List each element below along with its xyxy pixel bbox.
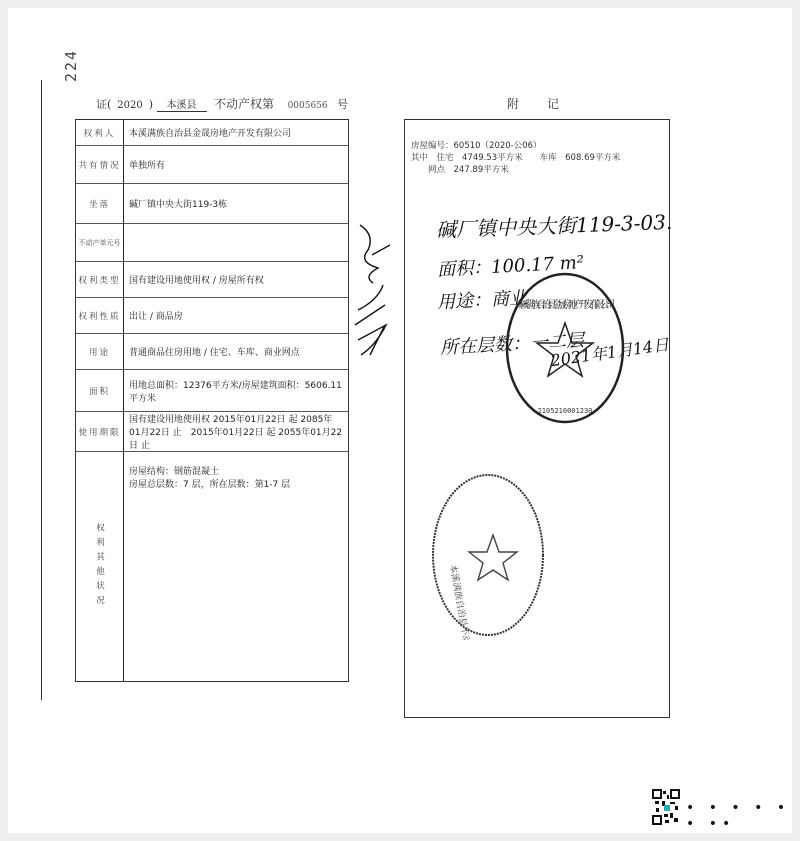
seal-text: 本溪满族自治县金晟房地产开发有限公司: [515, 298, 615, 311]
binding-margin-line: [41, 80, 42, 700]
qr-code-icon: [652, 789, 680, 825]
annex-line: 其中 住宅 4749.53平方米 车库 608.69平方米: [411, 152, 620, 164]
row-other-status: 权利其他状况 房屋结构：钢筋混凝土 房屋总层数：7 层，所在层数：第1-7 层: [76, 452, 349, 682]
row-value: 房屋结构：钢筋混凝土 房屋总层数：7 层，所在层数：第1-7 层: [124, 452, 349, 682]
row-label: 权利性质: [76, 298, 124, 334]
company-seal: 本溪满族自治县金晟房地产开发有限公司 2105210001230: [500, 268, 630, 428]
row-label: 用途: [76, 334, 124, 370]
row-label: 权利人: [76, 120, 124, 146]
row-value: 出让 / 商品房: [124, 298, 349, 334]
cert-county: 本溪县: [157, 96, 207, 112]
page-number: 224: [62, 49, 80, 82]
row-value: 国有建设用地使用权 2015年01月22日 起 2085年01月22日 止 20…: [124, 412, 349, 452]
row-usage: 用途 普通商品住房用地 / 住宅、车库、商业网点: [76, 334, 349, 370]
annex-line: 房屋编号：60510（2020-公06）: [411, 140, 620, 152]
row-term: 使用期限 国有建设用地使用权 2015年01月22日 起 2085年01月22日…: [76, 412, 349, 452]
cert-year: 2020: [117, 100, 142, 111]
registration-seal: 本溪满族自治县不动产登记局: [428, 470, 548, 640]
row-right-type: 权利类型 国有建设用地使用权 / 房屋所有权: [76, 262, 349, 298]
row-value: 普通商品住房用地 / 住宅、车库、商业网点: [124, 334, 349, 370]
annex-line: 网点 247.89平方米: [411, 164, 620, 176]
row-value: 本溪满族自治县金晟房地产开发有限公司: [124, 120, 349, 146]
row-label: 使用期限: [76, 412, 124, 452]
row-area: 面积 用地总面积：12376平方米/房屋建筑面积：5606.11平方米: [76, 370, 349, 412]
row-value: 国有建设用地使用权 / 房屋所有权: [124, 262, 349, 298]
annex-printed-notes: 房屋编号：60510（2020-公06） 其中 住宅 4749.53平方米 车库…: [411, 140, 620, 176]
certificate-header: 证(2020) 本溪县 不动产权第 0005656 号: [96, 95, 348, 112]
property-info-table: 权利人 本溪满族自治县金晟房地产开发有限公司 共有情况 单独所有 坐落 碱厂镇中…: [75, 119, 349, 682]
row-right-nature: 权利性质 出让 / 商品房: [76, 298, 349, 334]
cert-hao: 号: [337, 98, 348, 111]
seal-text: 本溪满族自治县不动产登记局: [447, 563, 479, 640]
seal-code: 2105210001230: [538, 407, 593, 415]
annex-title: 附记: [507, 95, 587, 112]
row-value: 用地总面积：12376平方米/房屋建筑面积：5606.11平方米: [124, 370, 349, 412]
row-unit-number: 不动产单元号: [76, 224, 349, 262]
row-value: 碱厂镇中央大街119-3栋: [124, 184, 349, 224]
row-label: 权利其他状况: [76, 452, 124, 682]
row-co-ownership: 共有情况 单独所有: [76, 146, 349, 184]
footer-dots: • • • • • • ••: [686, 800, 800, 832]
row-label: 不动产单元号: [76, 224, 124, 262]
handwritten-signature: [340, 215, 400, 375]
row-value: [124, 224, 349, 262]
row-location: 坐落 碱厂镇中央大街119-3栋: [76, 184, 349, 224]
cert-prefix: 证(: [96, 98, 111, 111]
cert-number: 0005656: [288, 101, 328, 111]
structure-line: 房屋结构：钢筋混凝土: [129, 466, 343, 479]
row-label: 面积: [76, 370, 124, 412]
row-value: 单独所有: [124, 146, 349, 184]
row-owner: 权利人 本溪满族自治县金晟房地产开发有限公司: [76, 120, 349, 146]
floors-line: 房屋总层数：7 层，所在层数：第1-7 层: [129, 479, 343, 492]
row-label: 权利类型: [76, 262, 124, 298]
cert-suffix: ): [149, 98, 153, 111]
row-label: 共有情况: [76, 146, 124, 184]
row-label: 坐落: [76, 184, 124, 224]
cert-label: 不动产权第: [214, 97, 274, 111]
